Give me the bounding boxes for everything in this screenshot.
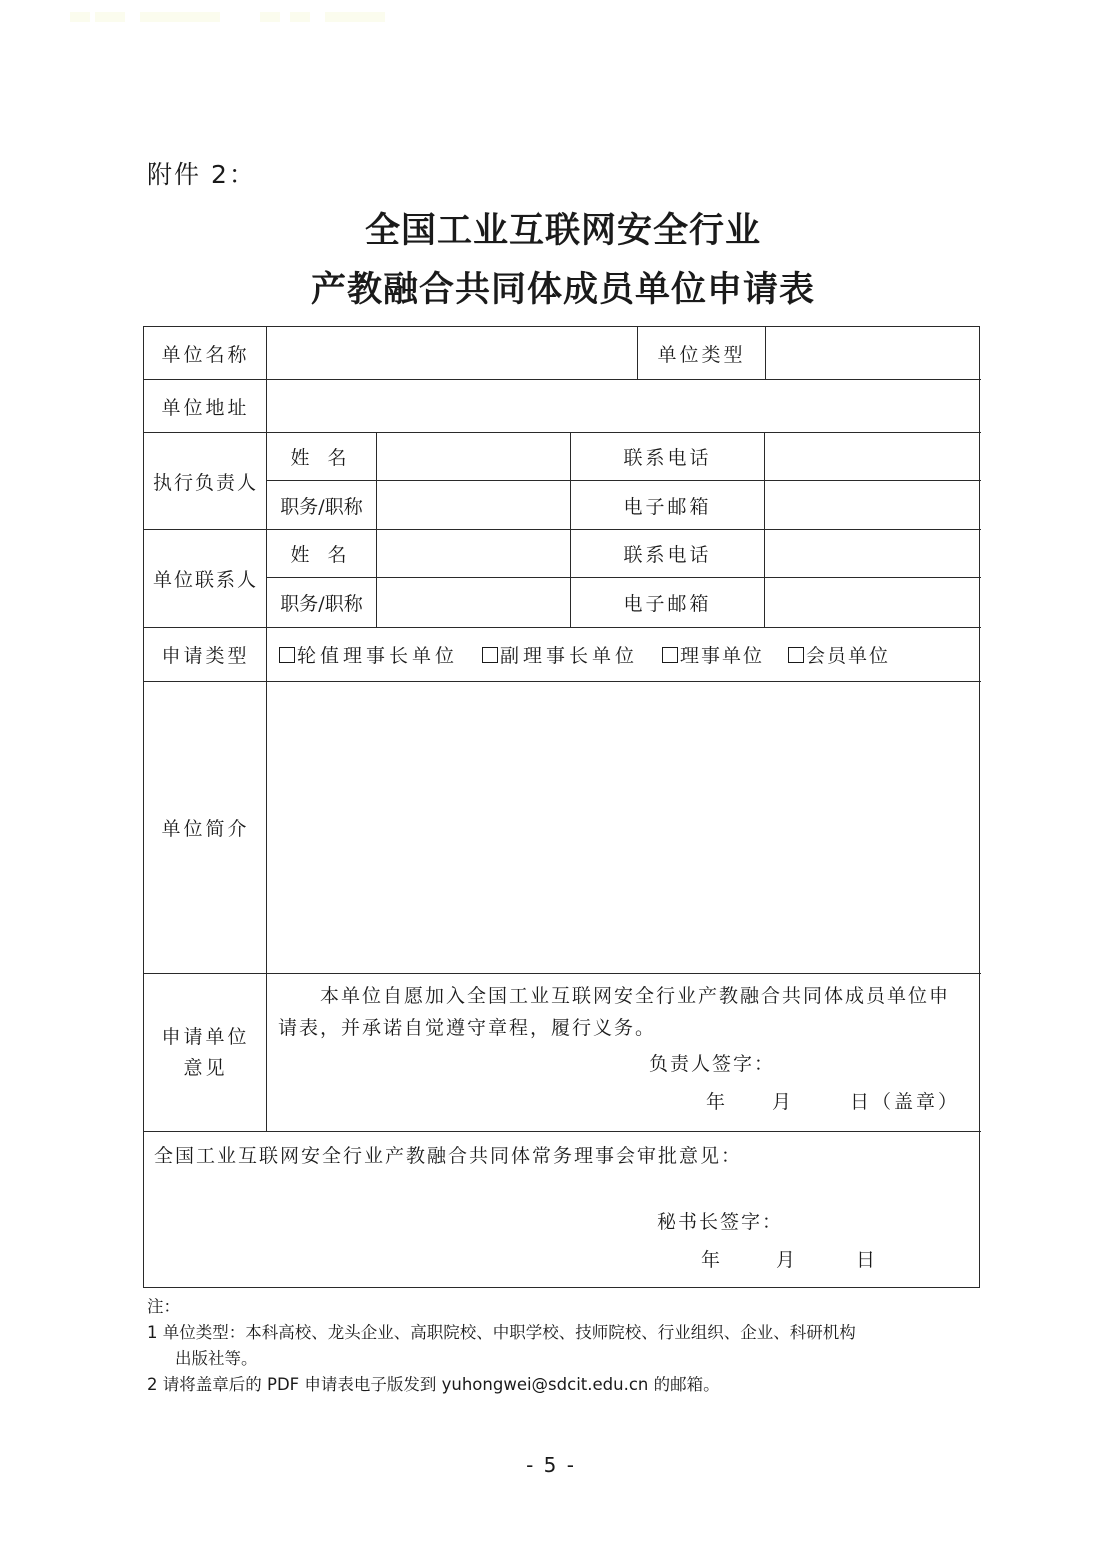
application-type-label: 申请类型	[144, 628, 267, 681]
application-form-table: 单位名称 单位类型 单位地址 执行负责人 姓 名 联系电话 职务/职称 电子邮箱…	[143, 326, 980, 1288]
document-title-line1: 全国工业互联网安全行业	[12, 203, 1102, 253]
contact-name-label: 姓 名	[267, 530, 376, 577]
council-approval-heading: 全国工业互联网安全行业产教融合共同体常务理事会审批意见：	[154, 1141, 742, 1168]
page-number: - 5 -	[0, 1453, 1102, 1477]
executive-phone-label: 联系电话	[571, 433, 764, 480]
contact-position-field[interactable]	[377, 578, 570, 627]
checkbox-icon[interactable]	[482, 647, 498, 663]
attachment-label: 附件 2：	[147, 155, 256, 191]
note-item-2: 2 请将盖章后的 PDF 申请表电子版发到 yuhongwei@sdcit.ed…	[147, 1372, 987, 1398]
applicant-opinion-label: 申请单位 意见	[144, 974, 267, 1131]
contact-email-field[interactable]	[765, 578, 981, 627]
contact-email-label: 电子邮箱	[571, 578, 764, 627]
applicant-date-month: 月	[772, 1087, 793, 1114]
council-date-month: 月	[776, 1245, 797, 1272]
secretary-signature-label: 秘书长签字：	[657, 1207, 783, 1234]
executive-position-label: 职务/职称	[267, 481, 376, 529]
executive-phone-field[interactable]	[765, 433, 981, 480]
applicant-statement-line2: 请表，并承诺自觉遵守章程，履行义务。	[278, 1013, 656, 1040]
executive-name-label: 姓 名	[267, 433, 376, 480]
contact-position-label: 职务/职称	[267, 578, 376, 627]
note-item-1-continued: 出版社等。	[147, 1346, 987, 1372]
document-title-line2: 产教融合共同体成员单位申请表	[12, 262, 1102, 312]
unit-contact-label: 单位联系人	[144, 530, 267, 627]
unit-address-field[interactable]	[267, 380, 981, 432]
scan-artifact	[70, 12, 790, 26]
contact-phone-field[interactable]	[765, 530, 981, 577]
executive-name-field[interactable]	[377, 433, 570, 480]
option-council-member[interactable]: 理事单位	[662, 641, 764, 668]
applicant-statement-line1: 本单位自愿加入全国工业互联网安全行业产教融合共同体成员单位申	[320, 981, 950, 1008]
unit-intro-field[interactable]	[267, 682, 981, 973]
contact-name-field[interactable]	[377, 530, 570, 577]
checkbox-icon[interactable]	[279, 647, 295, 663]
application-type-options: 轮值理事长单位 副理事长单位 理事单位 会员单位	[279, 628, 979, 681]
council-date-day: 日	[856, 1245, 877, 1272]
executive-head-label: 执行负责人	[144, 433, 267, 529]
note-item-1: 1 单位类型：本科高校、龙头企业、高职院校、中职学校、技师院校、行业组织、企业、…	[147, 1320, 987, 1346]
unit-intro-label: 单位简介	[144, 682, 267, 973]
option-vice-chair[interactable]: 副理事长单位	[482, 641, 638, 668]
checkbox-icon[interactable]	[662, 647, 678, 663]
option-member[interactable]: 会员单位	[788, 641, 890, 668]
executive-email-label: 电子邮箱	[571, 481, 764, 529]
executive-email-field[interactable]	[765, 481, 981, 529]
contact-phone-label: 联系电话	[571, 530, 764, 577]
checkbox-icon[interactable]	[788, 647, 804, 663]
unit-name-label: 单位名称	[144, 327, 267, 379]
executive-position-field[interactable]	[377, 481, 570, 529]
applicant-date-day-seal: 日（盖章）	[850, 1087, 960, 1114]
unit-address-label: 单位地址	[144, 380, 267, 432]
unit-type-label: 单位类型	[638, 327, 765, 379]
applicant-signature-label: 负责人签字：	[649, 1049, 775, 1076]
notes-section: 注： 1 单位类型：本科高校、龙头企业、高职院校、中职学校、技师院校、行业组织、…	[147, 1294, 987, 1398]
applicant-date-year: 年	[706, 1087, 727, 1114]
notes-heading: 注：	[147, 1294, 987, 1320]
unit-name-field[interactable]	[267, 327, 637, 379]
council-date-year: 年	[701, 1245, 722, 1272]
option-rotating-chair[interactable]: 轮值理事长单位	[279, 641, 458, 668]
unit-type-field[interactable]	[766, 327, 981, 379]
